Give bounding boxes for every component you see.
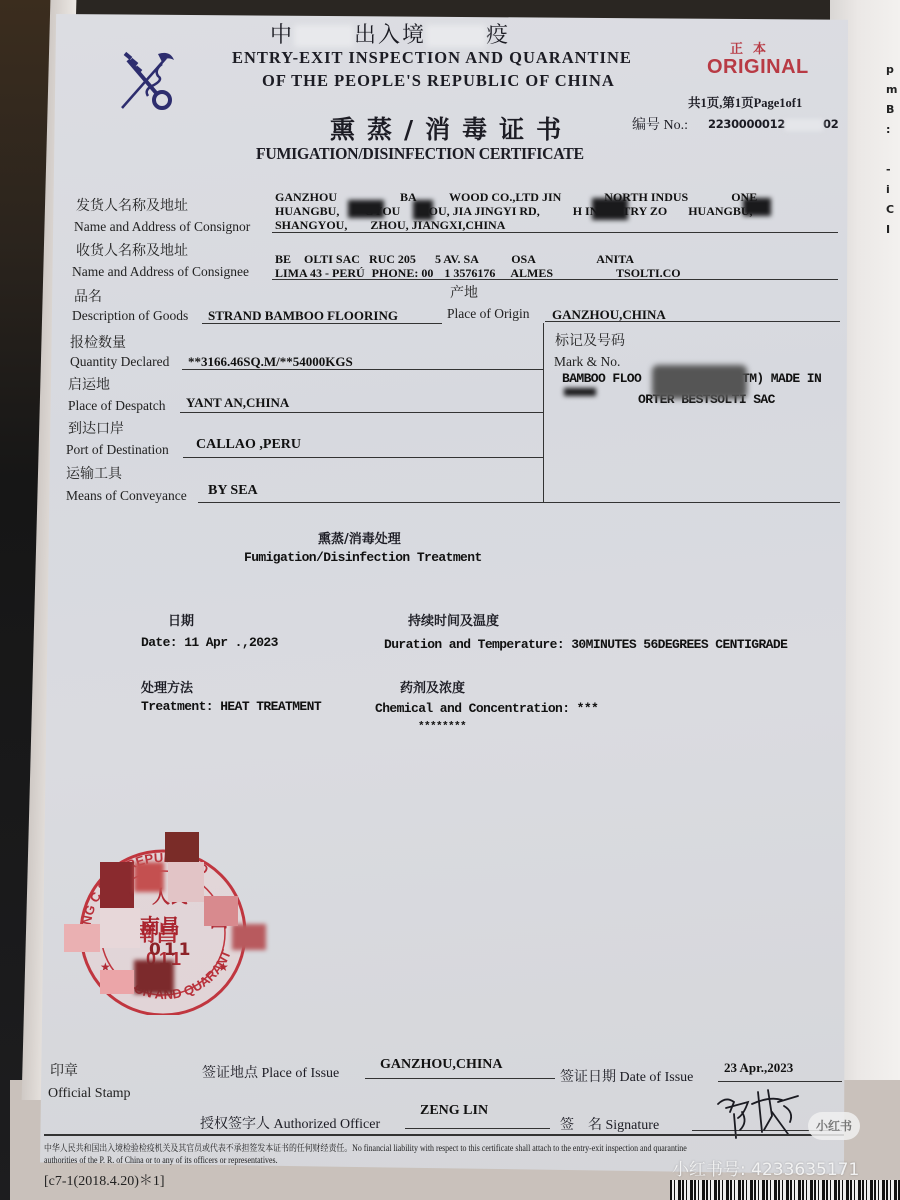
stamp-number: 011: [149, 940, 194, 960]
goods-value: STRAND BAMBOO FLOORING: [208, 308, 398, 324]
authorized-officer-value: ZENG LIN: [420, 1103, 488, 1119]
marks-line1-end: TM) MADE IN: [742, 371, 821, 386]
certificate-number-value: 223000001202: [708, 117, 838, 131]
marks-line1-start: BAMBOO FLOO: [562, 371, 641, 386]
official-stamp-label-en: Official Stamp: [48, 1086, 131, 1102]
consignee-label-cn: 收货人名称及地址: [76, 240, 188, 260]
destination-label-en: Port of Destination: [66, 442, 169, 458]
destination-underline: [183, 457, 543, 458]
treatment-heading-cn: 熏蒸/消毒处理: [318, 528, 401, 547]
consignee-label-en: Name and Address of Consignee: [72, 264, 249, 280]
footer-divider: [44, 1134, 844, 1136]
redaction-block: [413, 200, 433, 220]
consignee-underline: [272, 279, 838, 280]
marks-label-cn: 标记及号码: [555, 330, 625, 350]
place-of-issue-label: 签证地点 Place of Issue: [202, 1062, 339, 1082]
consignor-label-cn: 发货人名称及地址: [76, 195, 188, 215]
conveyance-value: BY SEA: [208, 483, 258, 499]
conveyance-underline: [198, 502, 840, 503]
treatment-date: Date: 11 Apr .,2023: [141, 635, 278, 650]
signature-label: 签 名 Signature: [560, 1114, 659, 1134]
quantity-label-en: Quantity Declared: [70, 354, 169, 370]
goods-label-cn: 品名: [74, 286, 102, 306]
stamp-mosaic-tile: [204, 896, 238, 926]
stamp-mosaic-tile: [165, 832, 199, 862]
treatment-chemical: Chemical and Concentration: ***: [375, 701, 598, 716]
quantity-label-cn: 报检数量: [70, 332, 126, 352]
handwritten-signature: [712, 1082, 812, 1140]
consignor-address-line2: HUANGBU, GYOU HOU, JIA JINGYI RD, H INDU…: [275, 204, 753, 219]
form-code: [c7-1(2018.4.20)＊1]: [44, 1170, 165, 1190]
destination-label-cn: 到达口岸: [68, 418, 124, 438]
chemical-label-cn: 药剂及浓度: [400, 677, 465, 696]
barcode: [670, 1180, 900, 1200]
redaction-block: [592, 198, 628, 220]
consignor-underline: [272, 232, 838, 233]
watermark-id-text: 小红书号: 4233635171: [672, 1155, 859, 1180]
redaction-block: [564, 388, 596, 396]
conveyance-label-en: Means of Conveyance: [66, 488, 187, 504]
redaction-block: [348, 200, 384, 218]
svg-text:★: ★: [218, 960, 229, 974]
authorized-officer-label: 授权签字人 Authorized Officer: [200, 1113, 380, 1133]
stamp-mosaic-tile: [64, 924, 100, 952]
xiaohongshu-logo-watermark: 小红书: [808, 1112, 860, 1140]
stamp-mosaic-tile: [134, 862, 164, 892]
date-of-issue-value: 23 Apr.,2023: [724, 1060, 793, 1076]
despatch-value: YANT AN,CHINA: [186, 395, 289, 411]
conveyance-label-cn: 运输工具: [66, 463, 122, 483]
origin-underline: [545, 321, 840, 322]
origin-label-en: Place of Origin: [447, 306, 529, 322]
original-label-cn: 正本: [730, 38, 776, 57]
date-label-cn: 日期: [168, 610, 194, 629]
original-label-en: ORIGINAL: [707, 56, 809, 79]
redaction-block: [652, 365, 747, 399]
authority-name-cn: 中出入境疫: [270, 18, 510, 49]
certificate-number-label: 编号 No.:: [632, 114, 688, 134]
despatch-label-en: Place of Despatch: [68, 398, 165, 414]
stamp-text-cn: 南昌: [140, 910, 180, 939]
official-stamp-label-cn: 印章: [50, 1060, 78, 1080]
authority-name-en-line1: ENTRY-EXIT INSPECTION AND QUARANTINE: [232, 48, 632, 68]
certificate-title-en: FUMIGATION/DISINFECTION CERTIFICATE: [256, 144, 584, 164]
disclaimer-line2: authorities of the P. R. of China or to …: [44, 1155, 278, 1165]
quantity-value: **3166.46SQ.M/**54000KGS: [188, 354, 353, 370]
treatment-stars: ********: [418, 721, 466, 733]
consignor-label-en: Name and Address of Consignor: [74, 219, 250, 235]
date-of-issue-label: 签证日期 Date of Issue: [560, 1066, 693, 1086]
duration-label-cn: 持续时间及温度: [408, 610, 499, 629]
place-of-issue-value: GANZHOU,CHINA: [380, 1057, 503, 1073]
authority-name-en-line2: OF THE PEOPLE'S REPUBLIC OF CHINA: [262, 71, 615, 91]
goods-underline: [202, 323, 442, 324]
treatment-heading-en: Fumigation/Disinfection Treatment: [244, 550, 482, 565]
treatment-method: Treatment: HEAT TREATMENT: [141, 699, 321, 714]
stamp-mosaic-tile: [168, 862, 204, 902]
consignee-address-line1: BE OLTI SAC RUC 205 5 AV. SA OSA ANITA: [275, 252, 634, 267]
page-count: 共1页,第1页Page1of1: [688, 93, 802, 111]
destination-value: CALLAO ,PERU: [196, 437, 301, 453]
redaction-block: [743, 198, 771, 216]
origin-label-cn: 产地: [450, 282, 478, 302]
place-of-issue-underline: [365, 1078, 555, 1079]
marks-label-en: Mark & No.: [554, 354, 620, 370]
stamp-mosaic-tile: [232, 924, 266, 950]
method-label-cn: 处理方法: [141, 677, 193, 696]
stamp-mosaic-tile: [100, 908, 140, 948]
treatment-duration: Duration and Temperature: 30MINUTES 56DE…: [384, 637, 787, 652]
stamp-mosaic-tile: [100, 970, 134, 994]
key-caduceus-emblem-icon: [118, 50, 178, 112]
right-sheet-text-fragments: pmB:-iCI: [886, 60, 898, 240]
quantity-underline: [182, 369, 543, 370]
certificate-title-cn: 熏蒸/消毒证书: [330, 110, 573, 146]
disclaimer-line1: 中华人民共和国出入境检验检疫机关及其官员或代表不承担签发本证书的任何财经责任。N…: [44, 1140, 687, 1154]
despatch-label-cn: 启运地: [68, 374, 110, 394]
marks-box-left-border: [543, 323, 544, 503]
stamp-mosaic-tile: [100, 862, 134, 910]
despatch-underline: [180, 412, 543, 413]
goods-label-en: Description of Goods: [72, 308, 188, 324]
authorized-officer-underline: [405, 1128, 550, 1129]
consignor-address-line3: SHANGYOU, ZHOU, JIANGXI,CHINA: [275, 218, 505, 233]
stamp-mosaic-tile: [134, 960, 174, 994]
